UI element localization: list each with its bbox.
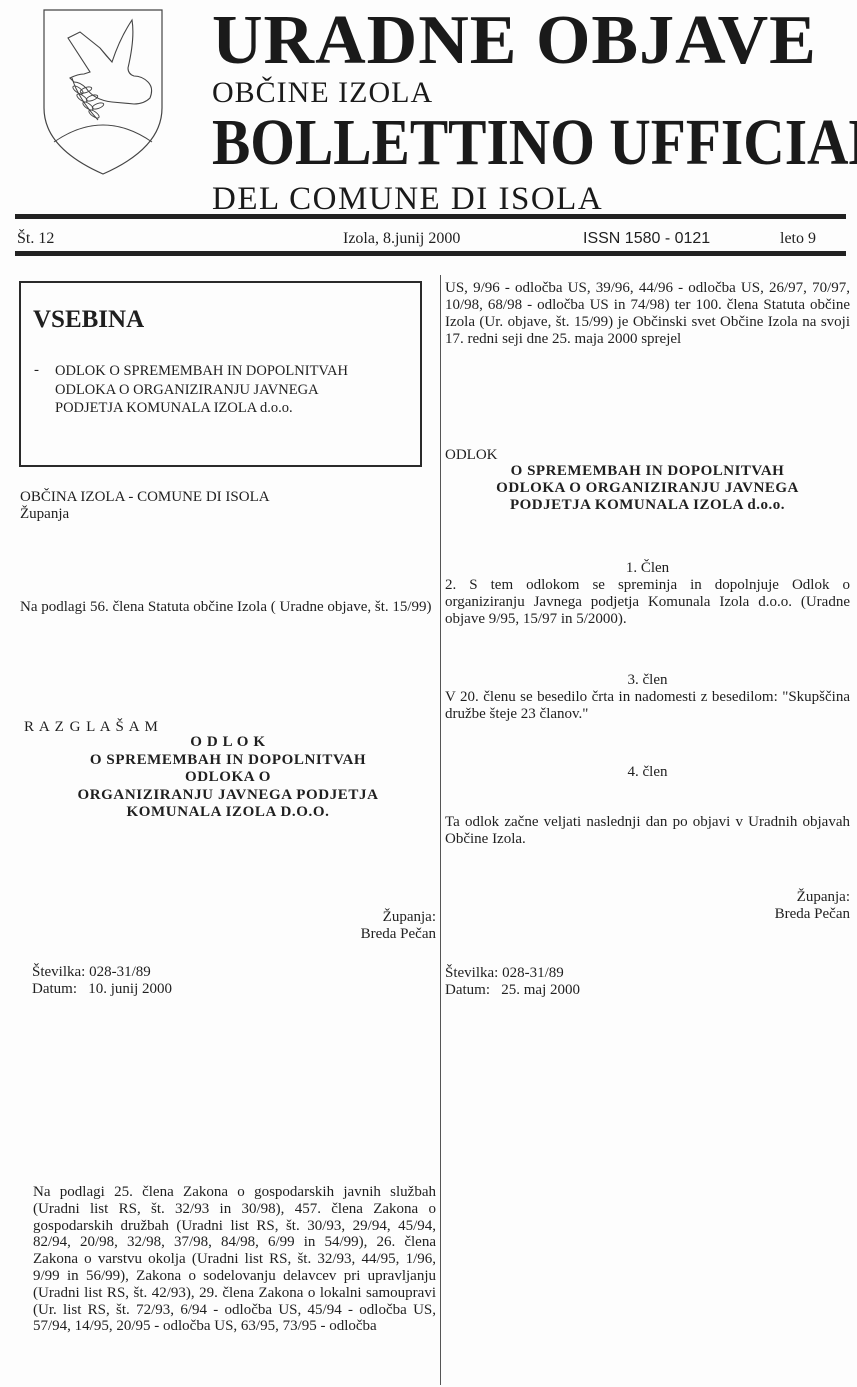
issue-issn: ISSN 1580 - 0121: [583, 230, 710, 248]
contents-item-line: ODLOK O SPREMEMBAH IN DOPOLNITVAH: [55, 362, 415, 381]
issue-place-date: Izola, 8.junij 2000: [343, 230, 460, 248]
contents-item-line: PODJETJA KOMUNALA IZOLA d.o.o.: [55, 399, 415, 418]
masthead-rule-top: [15, 214, 846, 219]
issuer-name: OBČINA IZOLA - COMUNE DI ISOLA: [20, 489, 270, 506]
decree-title-line: ODLOKA O ORGANIZIRANJU JAVNEGA: [445, 480, 850, 497]
decree-title-line: O SPREMEMBAH IN DOPOLNITVAH: [20, 752, 436, 770]
decree-title-line: PODJETJA KOMUNALA IZOLA d.o.o.: [445, 497, 850, 514]
municipal-crest: [40, 8, 165, 178]
legal-basis: Na podlagi 56. člena Statuta občine Izol…: [20, 599, 436, 616]
signature-left: Županja: Breda Pečan: [240, 909, 436, 943]
dove-with-olive-branch-shield-icon: [40, 8, 165, 178]
contents-bullet: -: [34, 362, 39, 379]
contents-title: VSEBINA: [33, 306, 144, 334]
article-heading: 3. člen: [445, 672, 850, 689]
article-text: V 20. členu se besedilo črta in nadomest…: [445, 689, 850, 723]
article-heading: 4. člen: [445, 764, 850, 781]
masthead-title-italian: BOLLETTINO UFFICIALE: [212, 104, 857, 182]
signature-right: Županja: Breda Pečan: [650, 889, 850, 923]
decree-title-line: KOMUNALA IZOLA D.O.O.: [20, 804, 436, 822]
preamble-continued: US, 9/96 - odločba US, 39/96, 44/96 - od…: [445, 280, 850, 348]
decree-title-left: O D L O K O SPREMEMBAH IN DOPOLNITVAH OD…: [20, 734, 436, 822]
signature-name: Breda Pečan: [240, 926, 436, 943]
issue-number: Št. 12: [17, 230, 54, 248]
signature-role: Županja:: [650, 889, 850, 906]
article-text: Ta odlok začne veljati naslednji dan po …: [445, 814, 850, 848]
issue-year: leto 9: [780, 230, 816, 248]
signature-role: Županja:: [240, 909, 436, 926]
signature-name: Breda Pečan: [650, 906, 850, 923]
article-text: 2. S tem odlokom se spreminja in dopolnj…: [445, 577, 850, 628]
decree-title-line: ORGANIZIRANJU JAVNEGA PODJETJA: [20, 787, 436, 805]
decree-title-line: O SPREMEMBAH IN DOPOLNITVAH: [445, 463, 850, 480]
column-divider: [440, 275, 441, 1385]
document-number-right: Številka: 028-31/89: [445, 965, 564, 982]
contents-item-line: ODLOKA O ORGANIZIRANJU JAVNEGA: [55, 381, 415, 400]
document-date-left: Datum: 10. junij 2000: [32, 981, 172, 998]
decree-label: ODLOK: [445, 447, 498, 464]
contents-item[interactable]: ODLOK O SPREMEMBAH IN DOPOLNITVAH ODLOKA…: [55, 362, 415, 418]
masthead-title-slovene: URADNE OBJAVE: [212, 2, 817, 80]
masthead-subtitle-italian: DEL COMUNE DI ISOLA: [212, 180, 603, 218]
issuer-role: Županja: [20, 506, 69, 523]
document-date-right: Datum: 25. maj 2000: [445, 982, 580, 999]
second-decree-preamble: Na podlagi 25. člena Zakona o gospodarsk…: [33, 1184, 436, 1335]
decree-word: O D L O K: [20, 734, 436, 752]
decree-title-right: O SPREMEMBAH IN DOPOLNITVAH ODLOKA O ORG…: [445, 463, 850, 514]
decree-title-line: ODLOKA O: [20, 769, 436, 787]
document-number-left: Številka: 028-31/89: [32, 964, 151, 981]
masthead-rule-bottom: [15, 251, 846, 256]
article-heading: 1. Člen: [445, 560, 850, 577]
